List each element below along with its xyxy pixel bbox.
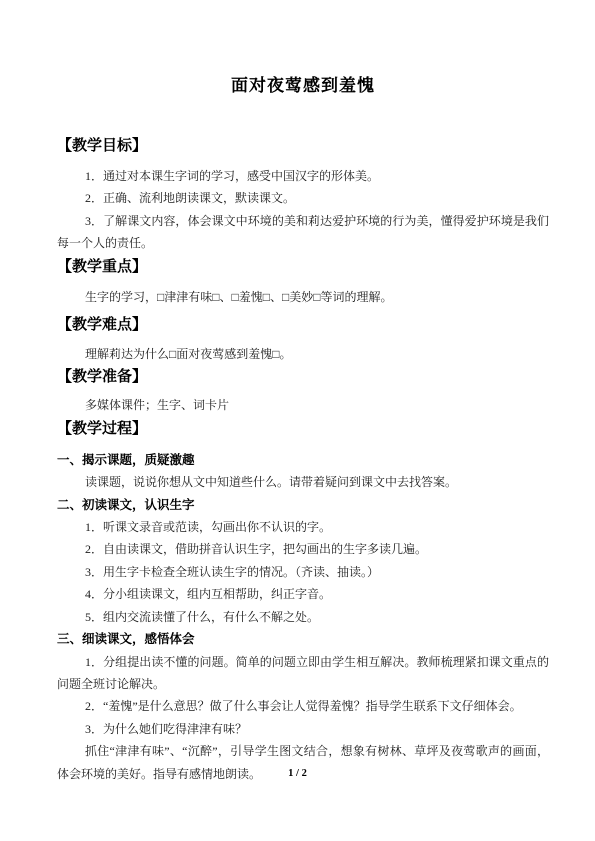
paragraph: 2．自由读课文，借助拼音认识生字，把勾画出的生字多读几遍。 — [57, 538, 549, 560]
section-heading: 【教学准备】 — [57, 366, 549, 387]
page-number: 1 / 2 — [0, 768, 595, 779]
paragraph: 2．“羞愧”是什么意思？做了什么事会让人觉得羞愧？指导学生联系下文仔细体会。 — [57, 695, 549, 717]
paragraph: 4．分小组读课文，组内互相帮助，纠正字音。 — [57, 583, 549, 605]
section-heading: 【教学难点】 — [57, 314, 549, 335]
process-step-3: 三、细读课文，感悟体会 1．分组提出读不懂的问题。简单的问题立即由学生相互解决。… — [57, 628, 549, 785]
document-title: 面对夜莺感到羞愧 — [57, 76, 549, 96]
section-heading: 【教学重点】 — [57, 256, 549, 277]
section-teaching-objectives: 【教学目标】 1．通过对本课生字词的学习，感受中国汉字的形体美。 2．正确、流利… — [57, 134, 549, 255]
paragraph: 2．正确、流利地朗读课文，默读课文。 — [57, 187, 549, 209]
paragraph: 1．分组提出读不懂的问题。简单的问题立即由学生相互解决。教师梳理紧扣课文重点的问… — [57, 651, 549, 696]
section-heading: 【教学过程】 — [57, 418, 549, 439]
step-heading: 二、初读课文，认识生字 — [57, 494, 549, 516]
section-teaching-key-points: 【教学重点】 生字的学习，□津津有味□、□羞愧□、□美妙□等词的理解。 — [57, 255, 549, 308]
paragraph: 5．组内交流读懂了什么，有什么不解之处。 — [57, 606, 549, 628]
section-teaching-process: 【教学过程】 一、揭示课题，质疑激趣 读课题，说说你想从文中知道些什么。请带着疑… — [57, 417, 549, 785]
paragraph: 多媒体课件；生字、词卡片 — [57, 394, 549, 416]
paragraph: 3．用生字卡检查全班认读生字的情况。（齐读、抽读。） — [57, 561, 549, 583]
paragraph: 1．通过对本课生字词的学习，感受中国汉字的形体美。 — [57, 165, 549, 187]
process-step-2: 二、初读课文，认识生字 1．听课文录音或范读，勾画出你不认识的字。 2．自由读课… — [57, 494, 549, 628]
paragraph: 读课题，说说你想从文中知道些什么。请带着疑问到课文中去找答案。 — [57, 471, 549, 493]
step-heading: 三、细读课文，感悟体会 — [57, 628, 549, 650]
step-heading: 一、揭示课题，质疑激趣 — [57, 449, 549, 471]
paragraph: 生字的学习，□津津有味□、□羞愧□、□美妙□等词的理解。 — [57, 286, 549, 308]
section-teaching-difficulties: 【教学难点】 理解莉达为什么□面对夜莺感到羞愧□。 — [57, 308, 549, 365]
section-heading: 【教学目标】 — [57, 135, 549, 156]
paragraph: 3．为什么她们吃得津津有味？ — [57, 718, 549, 740]
paragraph: 1．听课文录音或范读，勾画出你不认识的字。 — [57, 516, 549, 538]
paragraph: 3．了解课文内容，体会课文中环境的美和莉达爱护环境的行为美，懂得爱护环境是我们每… — [57, 210, 549, 255]
process-step-1: 一、揭示课题，质疑激趣 读课题，说说你想从文中知道些什么。请带着疑问到课文中去找… — [57, 449, 549, 494]
section-teaching-preparation: 【教学准备】 多媒体课件；生字、词卡片 — [57, 365, 549, 416]
document-page: 面对夜莺感到羞愧 【教学目标】 1．通过对本课生字词的学习，感受中国汉字的形体美… — [0, 0, 595, 841]
paragraph: 理解莉达为什么□面对夜莺感到羞愧□。 — [57, 343, 549, 365]
